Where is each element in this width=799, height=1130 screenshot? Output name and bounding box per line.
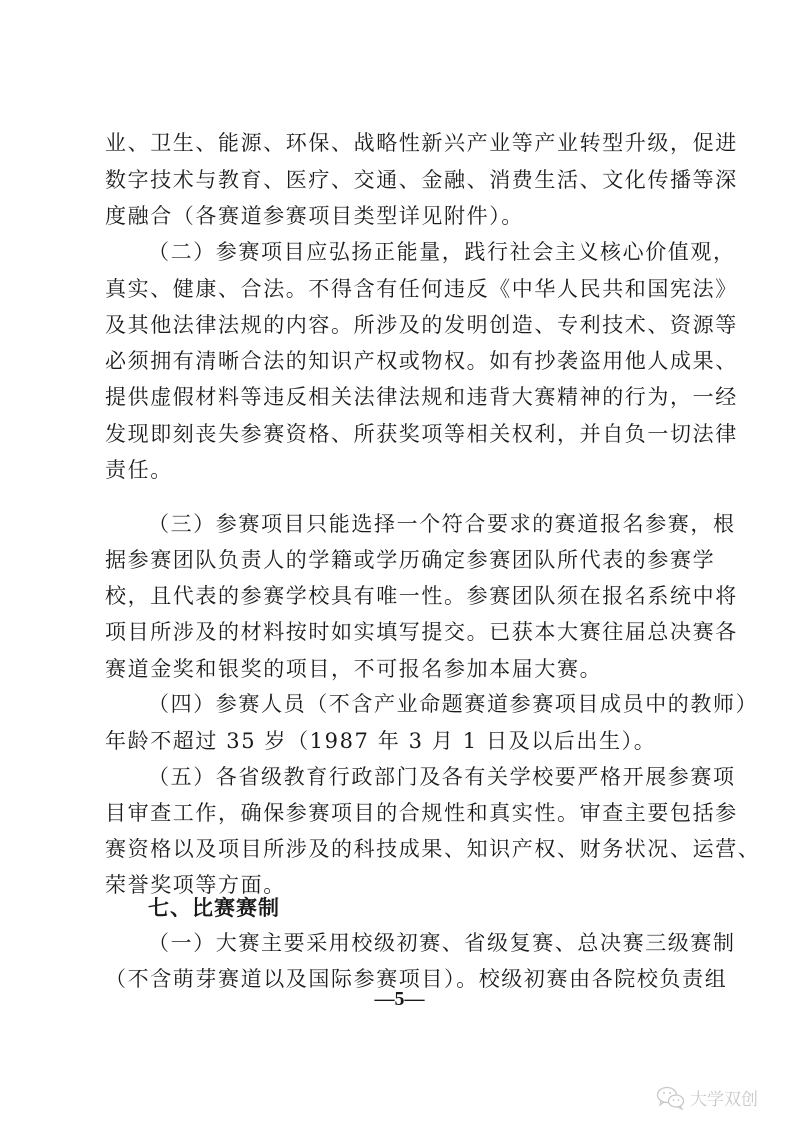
paragraph-line: 年龄不超过 35 岁（1987 年 3 月 1 日及以后出生）。 (105, 727, 695, 755)
paragraph-line: 数字技术与教育、医疗、交通、金融、消费生活、文化传播等深 (105, 166, 695, 194)
watermark: 大学双创 (656, 1085, 758, 1110)
paragraph-line: 真实、健康、合法。不得含有任何违反《中华人民共和国宪法》 (105, 275, 695, 303)
paragraph-line: （一）大赛主要采用校级初赛、省级复赛、总决赛三级赛制 (148, 929, 695, 957)
paragraph-line: 必须拥有清晰合法的知识产权或物权。如有抄袭盗用他人成果、 (105, 347, 695, 375)
paragraph-line: 提供虚假材料等违反相关法律法规和违背大赛精神的行为，一经 (105, 383, 695, 411)
paragraph-line: 度融合（各赛道参赛项目类型详见附件）。 (105, 202, 695, 230)
paragraph-line: 发现即刻丧失参赛资格、所获奖项等相关权利，并自负一切法律 (105, 420, 695, 448)
paragraph-line: 校，且代表的参赛学校具有唯一性。参赛团队须在报名系统中将 (105, 582, 695, 610)
wechat-icon (656, 1086, 686, 1110)
section-heading: 七、比赛赛制 (148, 894, 695, 922)
paragraph-line: 赛资格以及项目所涉及的科技成果、知识产权、财务状况、运营、 (105, 835, 695, 863)
paragraph-line: 责任。 (105, 456, 695, 484)
paragraph-line: （三）参赛项目只能选择一个符合要求的赛道报名参赛，根 (148, 510, 695, 538)
paragraph-line: （四）参赛人员（不含产业命题赛道参赛项目成员中的教师） (148, 690, 695, 718)
watermark-text: 大学双创 (690, 1085, 758, 1110)
paragraph-line: 目审查工作，确保参赛项目的合规性和真实性。审查主要包括参 (105, 799, 695, 827)
paragraph-line: （五）各省级教育行政部门及各有关学校要严格开展参赛项 (148, 763, 695, 791)
page-number: —5— (0, 988, 799, 1011)
paragraph-line: 及其他法律法规的内容。所涉及的发明创造、专利技术、资源等 (105, 311, 695, 339)
paragraph-line: 项目所涉及的材料按时如实填写提交。已获本大赛往届总决赛各 (105, 618, 695, 646)
paragraph-line: 据参赛团队负责人的学籍或学历确定参赛团队所代表的参赛学 (105, 546, 695, 574)
paragraph-line: 业、卫生、能源、环保、战略性新兴产业等产业转型升级，促进 (105, 129, 695, 157)
paragraph-line: （二）参赛项目应弘扬正能量，践行社会主义核心价值观， (148, 238, 695, 266)
paragraph-line: 赛道金奖和银奖的项目，不可报名参加本届大赛。 (105, 655, 695, 683)
